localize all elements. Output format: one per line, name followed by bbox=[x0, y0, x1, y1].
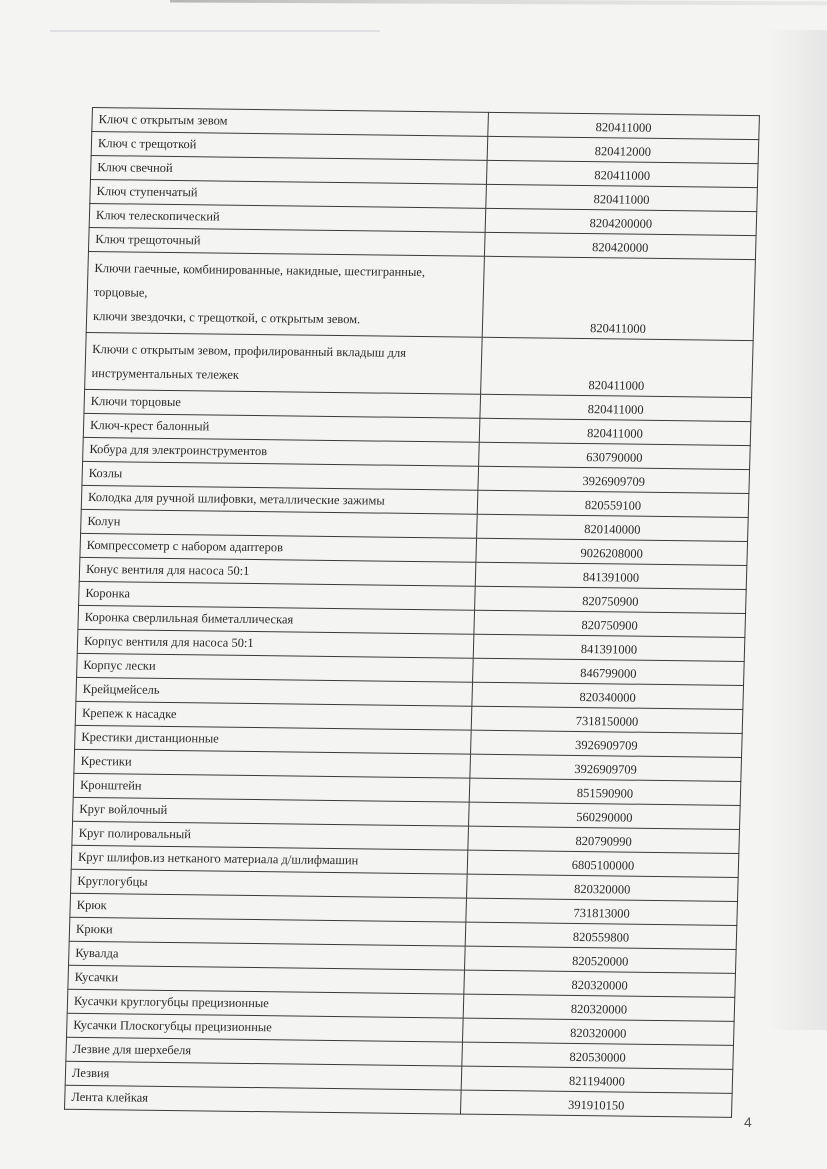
item-code-cell: 820411000 bbox=[486, 184, 758, 211]
item-code-cell: 820411000 bbox=[482, 256, 755, 340]
item-name-text: Кусачки круглогубцы прецизионные bbox=[74, 994, 269, 1010]
item-code-cell: 841391000 bbox=[475, 562, 747, 589]
item-code-cell: 851590900 bbox=[469, 778, 741, 805]
item-name-text: Крейцмейсель bbox=[83, 682, 160, 697]
item-name-text: Кусачки Плоскогубцы прецизионные bbox=[73, 1018, 272, 1034]
item-code-cell: 846799000 bbox=[473, 658, 745, 685]
item-name-text: Кронштейн bbox=[80, 778, 142, 793]
item-name-text: Крестики bbox=[81, 754, 132, 769]
item-name-text: Коронка bbox=[85, 586, 130, 601]
item-code-cell: 3926909709 bbox=[478, 466, 750, 493]
item-name-text: Крюки bbox=[76, 922, 113, 936]
item-name-text: Крюк bbox=[77, 898, 107, 912]
item-name-text: Крестики дистанционные bbox=[81, 730, 219, 746]
item-name-text: Колун bbox=[87, 514, 120, 528]
item-code-cell: 8204200000 bbox=[485, 208, 757, 235]
item-name-cell: Ключи с открытым зевом, профилированный … bbox=[85, 332, 483, 394]
item-name-text: Компрессометр с набором адаптеров bbox=[87, 538, 284, 554]
item-code-cell: 841391000 bbox=[473, 634, 745, 661]
item-name-text: Ключ телескопический bbox=[96, 208, 220, 224]
item-name-text: Лента клейкая bbox=[71, 1090, 148, 1105]
document-page: Ключ с открытым зевом820411000Ключ с тре… bbox=[64, 107, 760, 1118]
item-code-cell: 820520000 bbox=[464, 946, 736, 973]
item-code-cell: 820412000 bbox=[487, 136, 759, 163]
item-code-cell: 820420000 bbox=[484, 232, 756, 259]
item-name-text: Лезвия bbox=[72, 1066, 110, 1080]
item-code-cell: 391910150 bbox=[460, 1090, 732, 1117]
item-code-cell: 820411000 bbox=[479, 418, 751, 445]
table-row: Ключи с открытым зевом, профилированный … bbox=[85, 332, 754, 397]
item-name-text: Ключ с открытым зевом bbox=[98, 112, 227, 128]
item-name-text: Кувалда bbox=[75, 946, 119, 961]
item-name-text: Ключ с трещоткой bbox=[98, 136, 197, 151]
item-code-cell: 820340000 bbox=[472, 682, 744, 709]
item-name-text: Ключ свечной bbox=[97, 160, 173, 175]
item-code-cell: 820750900 bbox=[474, 610, 746, 637]
item-name-text: Козлы bbox=[89, 466, 123, 480]
item-name-text: Кусачки bbox=[75, 970, 119, 985]
item-name-text: инструментальных тележек bbox=[91, 361, 475, 390]
item-code-cell: 820411000 bbox=[480, 394, 752, 421]
item-code-cell: 820790990 bbox=[468, 826, 740, 853]
item-code-cell: 820559100 bbox=[477, 490, 749, 517]
item-code-cell: 3926909709 bbox=[471, 730, 743, 757]
item-name-text: Лезвие для шерхебеля bbox=[72, 1042, 191, 1057]
item-name-cell: Лента клейкая bbox=[65, 1085, 462, 1114]
item-code-cell: 9026208000 bbox=[476, 538, 748, 565]
item-code-cell: 820320000 bbox=[467, 874, 739, 901]
item-code-cell: 820530000 bbox=[462, 1042, 734, 1069]
item-name-text: Круг полировальный bbox=[79, 826, 192, 841]
item-name-text: Коронка сверлильная биметаллическая bbox=[85, 610, 294, 627]
item-name-text: Ключ-крест балонный bbox=[90, 418, 210, 433]
item-code-cell: 821194000 bbox=[461, 1066, 733, 1093]
item-code-cell: 820140000 bbox=[477, 514, 749, 541]
item-name-text: Крепеж к насадке bbox=[82, 706, 177, 721]
item-name-text: Круг шлифов.из нетканого материала д/шли… bbox=[78, 850, 359, 867]
item-name-text: Колодка для ручной шлифовки, металлическ… bbox=[88, 490, 385, 508]
item-name-text: Круглогубцы bbox=[77, 874, 148, 889]
item-code-cell: 560290000 bbox=[469, 802, 741, 829]
item-code-cell: 3926909709 bbox=[470, 754, 742, 781]
item-name-text: Кобура для электроинструментов bbox=[89, 442, 267, 458]
item-name-text: Круг войлочный bbox=[79, 802, 167, 817]
scan-edge bbox=[170, 0, 827, 5]
item-code-cell: 6805100000 bbox=[467, 850, 739, 877]
item-name-text: ключи звездочки, с трещоткой, с открытым… bbox=[93, 304, 477, 333]
item-code-cell: 630790000 bbox=[479, 442, 751, 469]
item-name-text: Ключ трещоточный bbox=[95, 232, 201, 247]
item-name-text: Корпус вентиля для насоса 50:1 bbox=[84, 634, 254, 650]
product-code-table: Ключ с открытым зевом820411000Ключ с тре… bbox=[64, 107, 760, 1118]
item-code-cell: 820411000 bbox=[481, 337, 754, 397]
item-code-cell: 7318150000 bbox=[471, 706, 743, 733]
item-code-cell: 820320000 bbox=[464, 970, 736, 997]
item-code-cell: 820411000 bbox=[486, 160, 758, 187]
table-body: Ключ с открытым зевом820411000Ключ с тре… bbox=[65, 108, 760, 1118]
item-name-text: Ключ ступенчатый bbox=[96, 184, 197, 199]
bleed-through-text bbox=[50, 30, 380, 32]
item-code-cell: 820320000 bbox=[463, 994, 735, 1021]
item-name-text: Ключи торцовые bbox=[91, 394, 182, 409]
item-code-cell: 820320000 bbox=[462, 1018, 734, 1045]
scan-shadow bbox=[767, 30, 827, 1030]
item-name-text: Корпус лески bbox=[83, 658, 156, 673]
table-row: Ключи гаечные, комбинированные, накидные… bbox=[86, 251, 755, 340]
item-name-cell: Ключи гаечные, комбинированные, накидные… bbox=[86, 251, 484, 337]
item-name-text: Ключи гаечные, комбинированные, накидные… bbox=[94, 256, 478, 285]
page-number: 4 bbox=[744, 1114, 752, 1130]
item-name-text: Конус вентиля для насоса 50:1 bbox=[86, 562, 250, 578]
item-code-cell: 731813000 bbox=[466, 898, 738, 925]
item-code-cell: 820750900 bbox=[475, 586, 747, 613]
item-code-cell: 820411000 bbox=[488, 112, 760, 139]
item-code-cell: 820559800 bbox=[465, 922, 737, 949]
